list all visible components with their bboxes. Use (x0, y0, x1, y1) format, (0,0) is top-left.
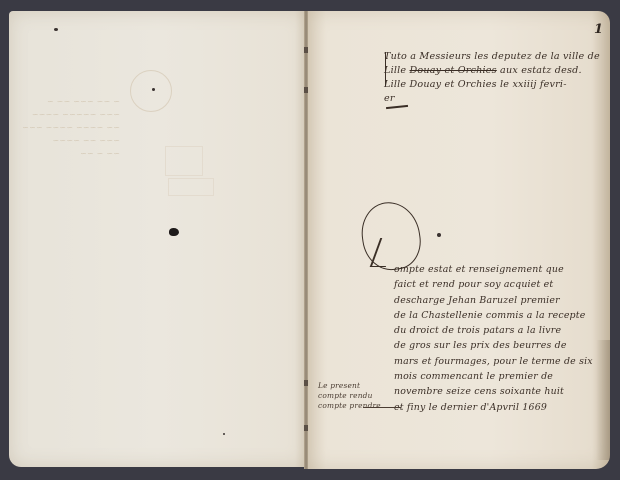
body-line: de gros sur les prix des beurres de (394, 338, 593, 353)
ink-speck (54, 28, 58, 31)
ink-speck (437, 233, 441, 237)
folio-number: 1 (594, 22, 603, 37)
margin-note-line: compte prendre (318, 401, 381, 411)
bleed-line: ~~~ ~~ ~~~~ (22, 134, 120, 147)
bleed-through-text: ~ ~~ ~~~ ~~ ~ ~~~ ~~~~~ ~~~~ ~~ ~~~~ ~~~… (22, 95, 120, 160)
heading-text: Tuto a Messieurs les deputez de la ville… (384, 50, 600, 106)
struck-out-text: Douay et Orchies (410, 65, 497, 76)
heading-segment: aux estatz desd. (497, 65, 582, 76)
ink-speck (152, 88, 155, 91)
bleed-through-mark (165, 146, 203, 176)
body-line: novembre seize cens soixante huit (394, 384, 593, 399)
margin-note-line: compte rendu (318, 391, 381, 401)
body-line: de la Chastellenie commis a la recepte (394, 308, 593, 323)
account-body-text: ompte estat et renseignement que faict e… (394, 262, 593, 415)
heading-line: er (384, 92, 600, 106)
bleed-line: ~~~ ~~~~~ ~~~~ (22, 108, 120, 121)
bleed-through-seal-mark (130, 70, 172, 112)
heading-line: Tuto a Messieurs les deputez de la ville… (384, 50, 600, 64)
body-line: mars et fourmages, pour le terme de six (394, 354, 593, 369)
body-line: descharge Jehan Baruzel premier (394, 293, 593, 308)
bleed-through-mark (168, 178, 214, 196)
ink-blot (169, 228, 179, 236)
manuscript-scan: ~ ~~ ~~~ ~~ ~ ~~~ ~~~~~ ~~~~ ~~ ~~~~ ~~~… (0, 0, 620, 480)
heading-line: Lille Douay et Orchies le xxiiij fevri- (384, 78, 600, 92)
bleed-line: ~~ ~~~~ ~~~~ ~~~ (22, 121, 120, 134)
body-line: ompte estat et renseignement que (394, 262, 593, 277)
margin-note-line: Le present (318, 381, 381, 391)
body-line: mois commencant le premier de (394, 369, 593, 384)
heading-line: Lille Douay et Orchies aux estatz desd. (384, 64, 600, 78)
heading-segment: Lille (384, 65, 410, 76)
body-line: du droict de trois patars a la livre (394, 323, 593, 338)
body-line: et finy le dernier d'Apvril 1669 (394, 400, 593, 415)
margin-note-underline (363, 407, 401, 408)
bleed-line: ~~ ~ ~~ (22, 147, 120, 160)
ink-speck (223, 433, 225, 435)
bleed-line: ~ ~~ ~~~ ~~ ~ (22, 95, 120, 108)
body-line: faict et rend pour soy acquiet et (394, 277, 593, 292)
page-edge-wear (596, 340, 610, 460)
